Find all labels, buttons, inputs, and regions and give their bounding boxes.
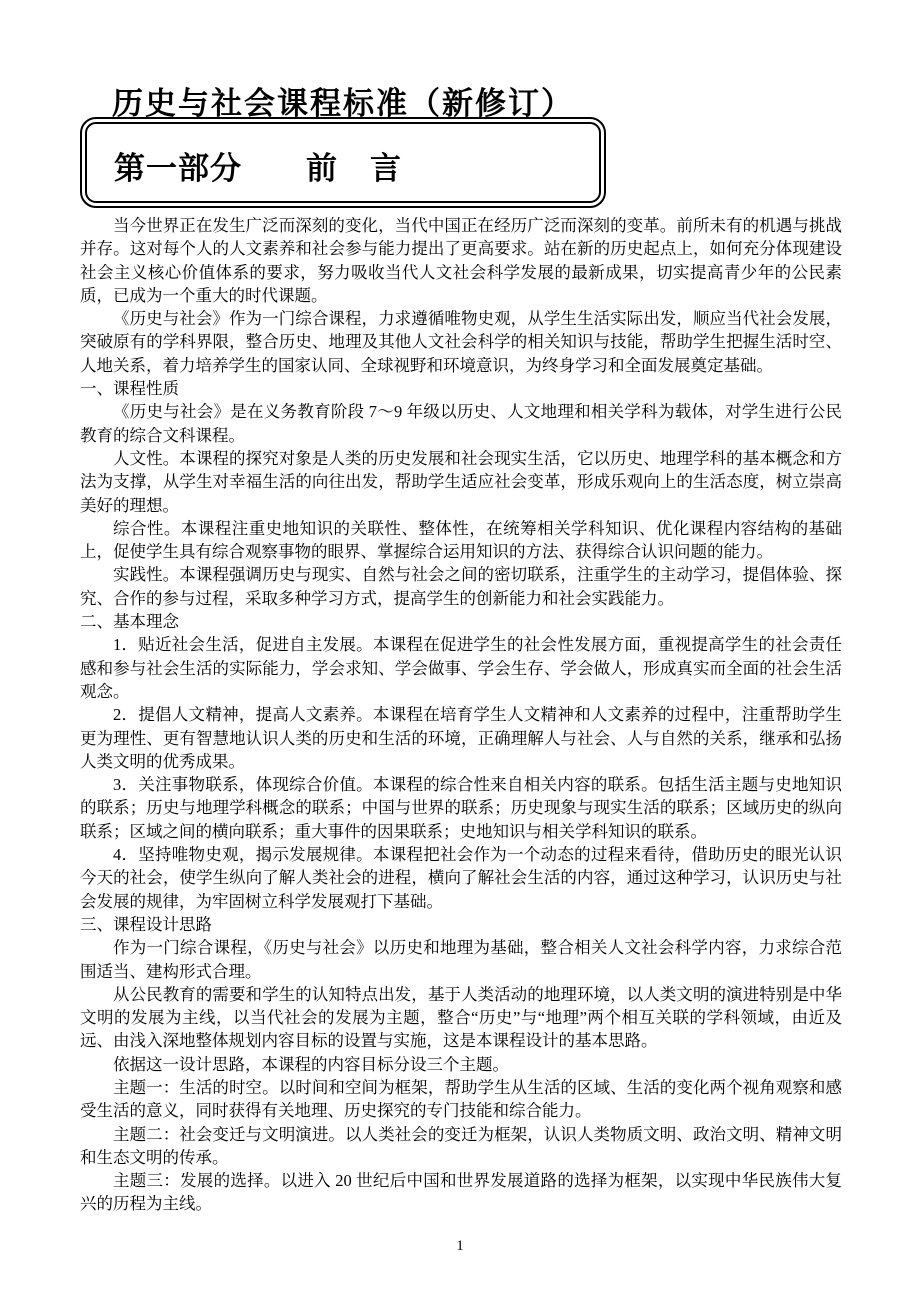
section-heading-basic-ideas: 二、基本理念 [80,610,842,633]
paragraph-theme-3: 主题三：发展的选择。以进入 20 世纪后中国和世界发展道路的选择为框架，以实现中… [80,1169,842,1216]
section-heading-course-nature: 一、课程性质 [80,377,842,400]
paragraph-course-definition: 《历史与社会》是在义务教育阶段 7～9 年级以历史、人文地理和相关学科为载体，对… [80,400,842,447]
intro-paragraph-1: 当今世界正在发生广泛而深刻的变化，当代中国正在经历广泛而深刻的变革。前所未有的机… [80,214,842,307]
page-number: 1 [0,1238,920,1255]
paragraph-theme-2: 主题二：社会变迁与文明演进。以人类社会的变迁为框架，认识人类物质文明、政治文明、… [80,1123,842,1170]
section-heading-design-approach: 三、课程设计思路 [80,913,842,936]
intro-paragraph-2: 《历史与社会》作为一门综合课程，力求遵循唯物史观，从学生生活实际出发，顺应当代社… [80,307,842,377]
part-title-box: 第一部分 前 言 [80,117,606,208]
paragraph-humanistic: 人文性。本课程的探究对象是人类的历史发展和社会现实生活，它以历史、地理学科的基本… [80,447,842,517]
paragraph-design-2: 从公民教育的需要和学生的认知特点出发，基于人类活动的地理环境，以人类文明的演进特… [80,983,842,1053]
paragraph-comprehensive: 综合性。本课程注重史地知识的关联性、整体性，在统筹相关学科知识、优化课程内容结构… [80,517,842,564]
paragraph-idea-4: 4．坚持唯物史观，揭示发展规律。本课程把社会作为一个动态的过程来看待，借助历史的… [80,843,842,913]
document-body: 当今世界正在发生广泛而深刻的变化，当代中国正在经历广泛而深刻的变革。前所未有的机… [80,214,842,1216]
paragraph-idea-2: 2．提倡人文精神，提高人文素养。本课程在培育学生人文精神和人文素养的过程中，注重… [80,703,842,773]
part-title: 第一部分 前 言 [114,143,402,188]
document-title: 历史与社会课程标准（新修订） [112,88,574,121]
paragraph-design-3: 依据这一设计思路，本课程的内容目标分设三个主题。 [80,1053,842,1076]
paragraph-idea-1: 1．贴近社会生活，促进自主发展。本课程在促进学生的社会性发展方面，重视提高学生的… [80,633,842,703]
paragraph-practical: 实践性。本课程强调历史与现实、自然与社会之间的密切联系，注重学生的主动学习，提倡… [80,563,842,610]
paragraph-design-1: 作为一门综合课程，《历史与社会》以历史和地理为基础，整合相关人文社会科学内容，力… [80,936,842,983]
paragraph-idea-3: 3．关注事物联系，体现综合价值。本课程的综合性来自相关内容的联系。包括生活主题与… [80,773,842,843]
paragraph-theme-1: 主题一：生活的时空。以时间和空间为框架，帮助学生从生活的区域、生活的变化两个视角… [80,1076,842,1123]
document-page: 第一部分 前 言 历史与社会课程标准（新修订） 当今世界正在发生广泛而深刻的变化… [0,0,920,1302]
